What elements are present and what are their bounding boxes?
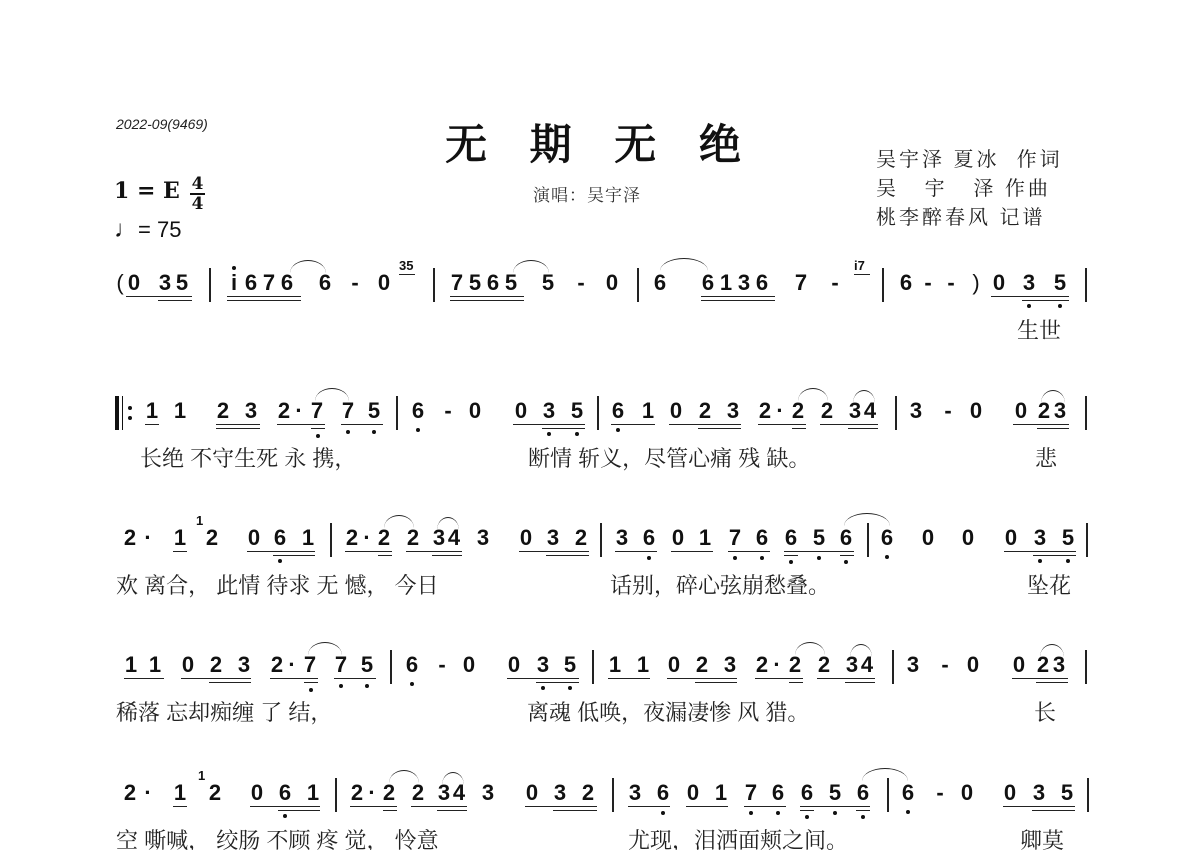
note: 3 <box>614 525 630 551</box>
barline <box>887 778 889 812</box>
slur <box>1040 644 1064 657</box>
slur <box>850 644 872 657</box>
dash: - <box>940 398 956 424</box>
dash: - <box>573 270 589 296</box>
note: 6 <box>317 270 333 296</box>
rest: 0 <box>376 270 392 296</box>
rest: 0 <box>524 780 540 806</box>
augmentation-dot: · <box>769 652 785 678</box>
note: 2 <box>580 780 596 806</box>
quarter-note-icon: ♩ <box>114 216 138 243</box>
note: 7 <box>261 270 277 296</box>
credits-block: 吴宇泽 夏冰 作词吴 宇 泽 作曲桃李醉春风 记谱 <box>876 146 1063 233</box>
note: 5 <box>562 652 578 678</box>
rest: 0 <box>604 270 620 296</box>
barline <box>597 396 599 430</box>
dash: - <box>434 652 450 678</box>
note: 2 <box>754 652 770 678</box>
lyrics-row-2b: 断情 斩义，尽管心痛 残 缺。 <box>528 442 810 473</box>
note: 3 <box>736 270 752 296</box>
barline <box>330 523 332 557</box>
note: 2 <box>344 525 360 551</box>
note: 2 <box>694 652 710 678</box>
note: 3 <box>1031 780 1047 806</box>
note: 2 <box>215 398 231 424</box>
barline <box>1087 778 1089 812</box>
dash: - <box>827 270 843 296</box>
note: 7 <box>727 525 743 551</box>
score-row-5: 2 · 1 1 2 0 6 1 2 · 2 2 3 4 3 0 3 2 3 6 <box>0 780 1200 850</box>
note: 5 <box>811 525 827 551</box>
note: 6 <box>610 398 626 424</box>
note: 3 <box>552 780 568 806</box>
barline <box>433 268 435 302</box>
note: 2 <box>573 525 589 551</box>
slur <box>1041 390 1065 403</box>
note: 6 <box>485 270 501 296</box>
lyrics-row-5a: 空 嘶喊， 绞肠 不顾 疼 觉， 怜意 <box>116 824 439 850</box>
dash: - <box>347 270 363 296</box>
note: 5 <box>569 398 585 424</box>
lyrics-row-4b: 离魂 低唤，夜漏凄惨 风 猎。 <box>527 696 809 727</box>
note: 3 <box>725 398 741 424</box>
note: 2 <box>376 525 392 551</box>
note: 1 <box>697 525 713 551</box>
note: 6 <box>277 780 293 806</box>
note: 2 <box>757 398 773 424</box>
grace-note: 1 <box>198 768 205 783</box>
note: 7 <box>743 780 759 806</box>
barline <box>1085 396 1087 430</box>
lyricist-credit: 吴宇泽 夏冰 作词 <box>876 146 1063 175</box>
note: 2 <box>787 652 803 678</box>
note: 6 <box>641 525 657 551</box>
lyrics-row-5b: 尤现，泪洒面颊之间。 <box>628 824 848 850</box>
note: 6 <box>770 780 786 806</box>
note: 1 <box>123 652 139 678</box>
note: 5 <box>540 270 556 296</box>
barline <box>882 268 884 302</box>
note: 2 <box>381 780 397 806</box>
rest: 0 <box>180 652 196 678</box>
rest: 0 <box>670 525 686 551</box>
note: 6 <box>652 270 668 296</box>
barline <box>335 778 337 812</box>
note: 5 <box>827 780 843 806</box>
note: 1 <box>635 652 651 678</box>
rest: 0 <box>960 525 976 551</box>
note: 5 <box>1052 270 1068 296</box>
rest: 0 <box>920 525 936 551</box>
note: 2 <box>405 525 421 551</box>
rest: 0 <box>246 525 262 551</box>
note: 0 <box>126 270 142 296</box>
note: 3 <box>1021 270 1037 296</box>
score-row-2: 1 1 2 3 2 · 7 7 5 6 - 0 0 3 5 6 1 0 <box>0 398 1200 468</box>
lyrics-row-3a: 欢 离合， 此情 待求 无 憾， 今日 <box>116 569 439 600</box>
note: 6 <box>279 270 295 296</box>
note: 1 <box>172 525 188 551</box>
augmentation-dot: · <box>140 780 156 806</box>
rest: 0 <box>668 398 684 424</box>
note: 3 <box>480 780 496 806</box>
lyrics-row-5c: 卿莫 <box>1020 824 1064 850</box>
tempo-value: = 75 <box>138 217 181 242</box>
grace-note: i7 <box>854 258 865 273</box>
rest: 0 <box>965 652 981 678</box>
note: 1 <box>300 525 316 551</box>
rest: 0 <box>685 780 701 806</box>
rest: 0 <box>513 398 529 424</box>
lyrics-row-2a: 长绝 不守生死 永 携， <box>140 442 356 473</box>
barline <box>895 396 897 430</box>
rest: 0 <box>666 652 682 678</box>
dash: - <box>937 652 953 678</box>
rest: 0 <box>959 780 975 806</box>
note: 1 <box>607 652 623 678</box>
note: 3 <box>722 652 738 678</box>
close-paren: ) <box>968 270 984 296</box>
augmentation-dot: · <box>364 780 380 806</box>
note: 6 <box>410 398 426 424</box>
note: 3 <box>905 652 921 678</box>
note: 5 <box>1060 525 1076 551</box>
note: 6 <box>855 780 871 806</box>
score-row-1: ( 0 3 5 i 6 7 6 6 - 0 35 7 5 6 5 5 - 0 6… <box>0 270 1200 340</box>
key-signature: 1 = E <box>114 178 180 204</box>
note: 5 <box>1059 780 1075 806</box>
barline <box>637 268 639 302</box>
augmentation-dot: · <box>291 398 307 424</box>
note: 6 <box>272 525 288 551</box>
note: 3 <box>475 525 491 551</box>
slur <box>853 390 875 403</box>
note: 5 <box>174 270 190 296</box>
note: 2 <box>122 525 138 551</box>
lyrics-row-4c: 长 <box>1034 696 1056 727</box>
note: 2 <box>790 398 806 424</box>
rest: 0 <box>461 652 477 678</box>
note: 6 <box>404 652 420 678</box>
note: 7 <box>793 270 809 296</box>
rest: 0 <box>968 398 984 424</box>
note: 6 <box>900 780 916 806</box>
barline <box>1085 650 1087 684</box>
grace-note: 35 <box>399 258 413 273</box>
barline <box>600 523 602 557</box>
singer-credit: 演唱：吴宇泽 <box>533 181 641 206</box>
note: 1 <box>640 398 656 424</box>
note: 7 <box>309 398 325 424</box>
note: 2 <box>410 780 426 806</box>
note: 6 <box>243 270 259 296</box>
barline <box>612 778 614 812</box>
lyrics-row-3b: 话别，碎心弦崩愁叠。 <box>610 569 830 600</box>
time-signature: 44 <box>190 176 205 212</box>
note: 2 <box>204 525 220 551</box>
augmentation-dot: · <box>140 525 156 551</box>
note: 6 <box>898 270 914 296</box>
note: 5 <box>503 270 519 296</box>
barline <box>390 650 392 684</box>
note: 6 <box>754 525 770 551</box>
note: 6 <box>799 780 815 806</box>
note: 3 <box>908 398 924 424</box>
barline <box>867 523 869 557</box>
barline <box>209 268 211 302</box>
note: 6 <box>783 525 799 551</box>
note: 1 <box>172 398 188 424</box>
lyrics-row-2c: 悲 <box>1035 442 1057 473</box>
note: 3 <box>535 652 551 678</box>
note: 6 <box>754 270 770 296</box>
note: 1 <box>147 652 163 678</box>
note: 1 <box>144 398 160 424</box>
note: 2 <box>207 780 223 806</box>
note: 3 <box>236 652 252 678</box>
lyrics-row-4a: 稀落 忘却痴缠 了 结， <box>116 696 332 727</box>
note: 7 <box>333 652 349 678</box>
note: 2 <box>816 652 832 678</box>
rest: 0 <box>467 398 483 424</box>
note: 3 <box>243 398 259 424</box>
repeat-start-barline <box>115 396 119 430</box>
dash: - <box>932 780 948 806</box>
note: 2 <box>697 398 713 424</box>
note: 5 <box>467 270 483 296</box>
note: 2 <box>349 780 365 806</box>
note: 3 <box>627 780 643 806</box>
note: 2 <box>819 398 835 424</box>
augmentation-dot: · <box>772 398 788 424</box>
note: 3 <box>541 398 557 424</box>
rest: 0 <box>1002 780 1018 806</box>
note: 2 <box>208 652 224 678</box>
note: 2 <box>269 652 285 678</box>
dash: - <box>920 270 936 296</box>
barline <box>396 396 398 430</box>
time-signature-top: 4 <box>192 174 204 194</box>
rest: 0 <box>506 652 522 678</box>
note: 3 <box>1032 525 1048 551</box>
note: 0 <box>991 270 1007 296</box>
note: 1 <box>172 780 188 806</box>
barline <box>592 650 594 684</box>
slur <box>437 517 459 530</box>
note: 2 <box>276 398 292 424</box>
note: 1 <box>718 270 734 296</box>
rest: 0 <box>1011 652 1027 678</box>
note: 2 <box>122 780 138 806</box>
note: 1 <box>713 780 729 806</box>
note: 7 <box>449 270 465 296</box>
rest: 0 <box>518 525 534 551</box>
note: 3 <box>157 270 173 296</box>
lyrics-row-1: 生世 <box>1017 314 1061 345</box>
dash: - <box>943 270 959 296</box>
transcriber-credit: 桃李醉春风 记谱 <box>876 204 1063 233</box>
grace-note: 1 <box>196 513 203 528</box>
rest: 0 <box>1003 525 1019 551</box>
augmentation-dot: · <box>359 525 375 551</box>
note: 1 <box>305 780 321 806</box>
note: 5 <box>359 652 375 678</box>
note: i <box>226 270 242 296</box>
barline <box>1086 523 1088 557</box>
repeat-thin-line <box>122 396 123 430</box>
barline <box>1085 268 1087 302</box>
score-row-4: 1 1 0 2 3 2 · 7 7 5 6 - 0 0 3 5 1 1 <box>0 652 1200 722</box>
slur <box>442 772 464 785</box>
note: 7 <box>302 652 318 678</box>
note: 5 <box>366 398 382 424</box>
barline <box>892 650 894 684</box>
note: 6 <box>838 525 854 551</box>
note: 6 <box>655 780 671 806</box>
dash: - <box>440 398 456 424</box>
composer-credit: 吴 宇 泽 作曲 <box>876 175 1063 204</box>
rest: 0 <box>1013 398 1029 424</box>
rest: 0 <box>249 780 265 806</box>
note: 3 <box>545 525 561 551</box>
note: 7 <box>340 398 356 424</box>
note: 6 <box>700 270 716 296</box>
tempo-marking: ♩= 75 <box>114 216 181 244</box>
lyrics-row-3c: 坠花 <box>1027 569 1071 600</box>
time-signature-bottom: 4 <box>192 194 204 214</box>
augmentation-dot: · <box>284 652 300 678</box>
note: 6 <box>879 525 895 551</box>
score-row-3: 2 · 1 1 2 0 6 1 2 · 2 2 3 4 3 0 3 2 3 6 <box>0 525 1200 595</box>
